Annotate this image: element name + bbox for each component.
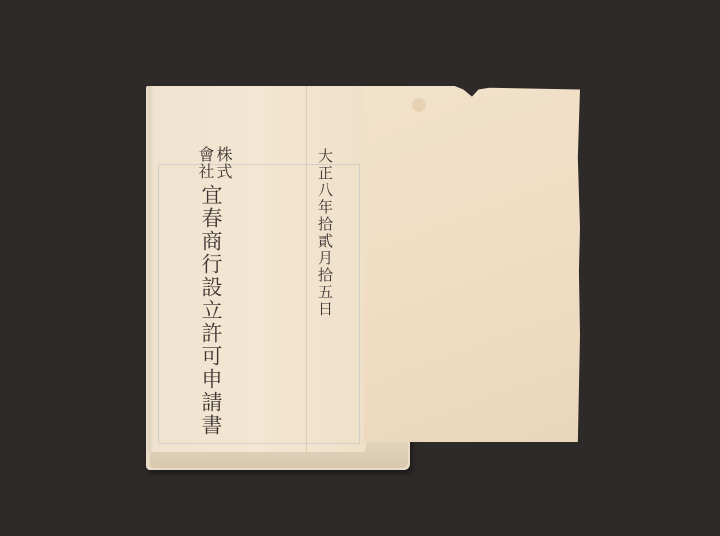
blank-flyleaf-page <box>364 86 580 442</box>
company-type-label: 株式 會社 <box>196 146 232 180</box>
kaisha-text: 會社 <box>196 146 215 180</box>
binding-edge <box>148 86 154 452</box>
document-title: 宜春商行設立許可申請書 <box>200 184 222 437</box>
kabushiki-text: 株式 <box>214 146 233 180</box>
document-date: 大正八年拾貳月拾五日 <box>317 148 333 318</box>
photo-scene: 株式 會社 宜春商行設立許可申請書 大正八年拾貳月拾五日 <box>0 0 720 536</box>
paper-stain <box>412 98 426 112</box>
page-fold-line <box>306 86 307 452</box>
